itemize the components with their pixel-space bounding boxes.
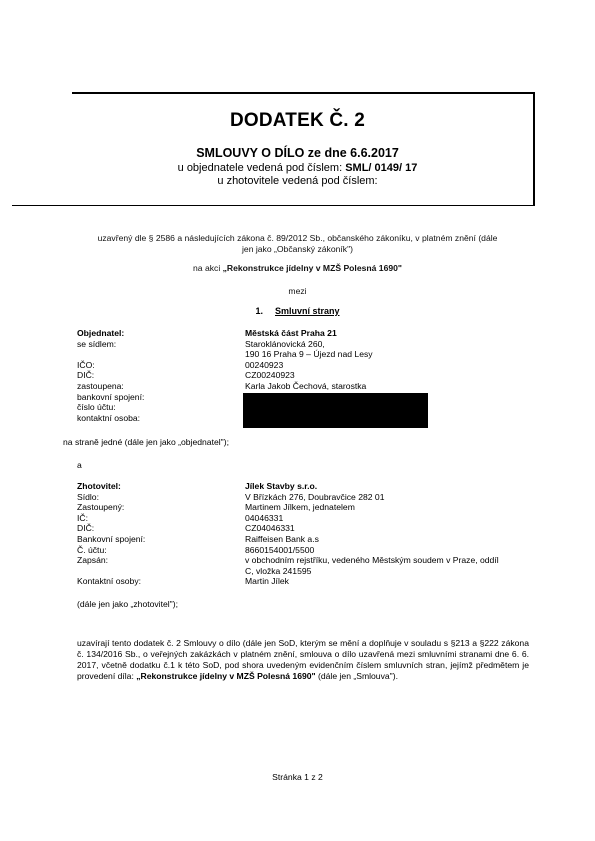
agreement-project: „Rekonstrukce jídelny v MZŠ Polesná 1690… bbox=[136, 671, 315, 681]
agreement-paragraph: uzavírají tento dodatek č. 2 Smlouvy o d… bbox=[77, 638, 529, 682]
contractor-row: Zapsán:v obchodním rejstříku, vedeného M… bbox=[77, 555, 537, 566]
between-word: mezi bbox=[60, 286, 535, 297]
contractor-row: Zhotovitel:Jílek Stavby s.r.o. bbox=[77, 481, 537, 492]
client-closing: na straně jedné (dále jen jako „objednat… bbox=[63, 437, 229, 447]
client-row: zastoupena:Karla Jakob Čechová, starostk… bbox=[77, 381, 537, 392]
contractor-row: Č. účtu:8660154001/5500 bbox=[77, 545, 537, 556]
document-title: DODATEK Č. 2 bbox=[0, 110, 595, 132]
page-number: Stránka 1 z 2 bbox=[0, 772, 595, 782]
contractor-row: C, vložka 241595 bbox=[77, 566, 537, 577]
document-subtitle: SMLOUVY O DÍLO ze dne 6.6.2017 bbox=[0, 146, 595, 160]
client-ref-label: u objednatele vedená pod číslem: bbox=[178, 162, 346, 174]
project-name: „Rekonstrukce jídelny v MZŠ Polesná 1690… bbox=[223, 263, 402, 273]
client-reference: u objednatele vedená pod číslem: SML/ 01… bbox=[0, 162, 595, 174]
client-row: se sídlem:Staroklánovická 260, bbox=[77, 339, 537, 350]
intro-paragraph: uzavřený dle § 2586 a následujících záko… bbox=[60, 233, 535, 255]
intro-line-1: uzavřený dle § 2586 a následujících záko… bbox=[60, 233, 535, 244]
contractor-row: Bankovní spojení:Raiffeisen Bank a.s bbox=[77, 534, 537, 545]
client-row: IČO:00240923 bbox=[77, 360, 537, 371]
client-row: Objednatel:Městská část Praha 21 bbox=[77, 328, 537, 339]
project-line: na akci „Rekonstrukce jídelny v MZŠ Pole… bbox=[60, 263, 535, 274]
client-ref-value: SML/ 0149/ 17 bbox=[345, 162, 417, 174]
contractor-closing: (dále jen jako „zhotovitel"); bbox=[77, 599, 178, 609]
client-row: DIČ:CZ00240923 bbox=[77, 370, 537, 381]
contractor-row: DIČ:CZ04046331 bbox=[77, 523, 537, 534]
document-page: DODATEK Č. 2 SMLOUVY O DÍLO ze dne 6.6.2… bbox=[0, 0, 595, 841]
intro-line-2: jen jako „Občanský zákoník") bbox=[60, 244, 535, 255]
frame-bottom-border bbox=[12, 205, 535, 206]
client-row: 190 16 Praha 9 – Újezd nad Lesy bbox=[77, 349, 537, 360]
frame-top-border bbox=[72, 92, 535, 94]
redacted-block bbox=[243, 393, 428, 428]
contractor-row: Zastoupený:Martinem Jílkem, jednatelem bbox=[77, 502, 537, 513]
conjunction: a bbox=[77, 460, 82, 470]
section-heading: 1.Smluvní strany bbox=[0, 306, 595, 316]
contractor-reference: u zhotovitele vedená pod číslem: bbox=[0, 175, 595, 187]
contractor-block: Zhotovitel:Jílek Stavby s.r.o. Sídlo:V B… bbox=[77, 481, 537, 587]
contractor-row: Sídlo:V Břízkách 276, Doubravčice 282 01 bbox=[77, 492, 537, 503]
contractor-row: Kontaktní osoby:Martin Jílek bbox=[77, 576, 537, 587]
agreement-suffix: (dále jen „Smlouva"). bbox=[316, 671, 398, 681]
section-label: Smluvní strany bbox=[275, 306, 340, 316]
project-prefix: na akci bbox=[193, 263, 223, 273]
contractor-row: IČ:04046331 bbox=[77, 513, 537, 524]
section-number: 1. bbox=[255, 306, 263, 316]
